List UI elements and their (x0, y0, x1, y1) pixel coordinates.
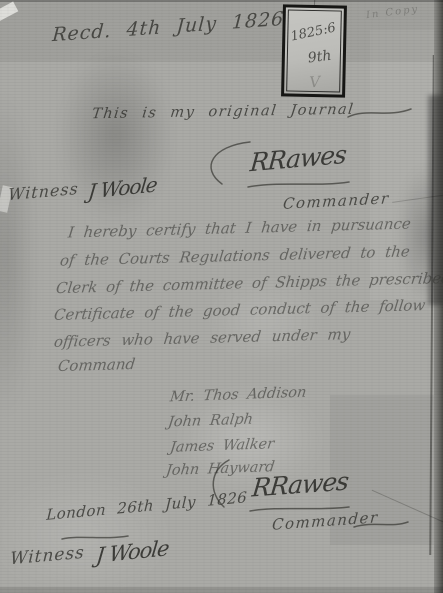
officer-name: Mr. Thos Addison (169, 385, 307, 406)
certification-line: of the Courts Regulations delivered to t… (59, 242, 411, 269)
witness-label-top: Witness (8, 179, 80, 204)
declaration-line: This is my original Journal (91, 102, 355, 123)
right-edge-crease (429, 55, 434, 555)
journal-title-page: Recd. 4th July 1826 1825:6 9th V In Copy… (0, 0, 443, 593)
paper-stain (0, 90, 35, 420)
certification-line: Command (57, 355, 136, 375)
archive-stamp-inner: 1825:6 9th V (286, 9, 342, 92)
stamp-number: 9th (307, 48, 332, 67)
officer-name: John Ralph (167, 411, 254, 430)
stamp-mark: V (309, 73, 321, 92)
archive-stamp: 1825:6 9th V (281, 4, 347, 97)
certification-line: officers who have served under my (53, 325, 351, 351)
signature-underline (246, 179, 352, 189)
signature-paren-flourish (198, 138, 256, 190)
bottom-right-crease (372, 490, 443, 528)
commander-signature-top: RRawes (249, 140, 347, 178)
received-note: Recd. 4th July 1826 (52, 8, 285, 46)
witness-signature-top: J Woole (87, 172, 158, 204)
commander-title-top: Commander (282, 189, 390, 213)
top-edge-line (0, 0, 443, 2)
certification-line: I hereby certify that I have in pursuanc… (67, 214, 412, 241)
right-edge-strip (434, 0, 443, 593)
top-left-notch (0, 1, 18, 21)
corner-note: In Copy (366, 4, 420, 21)
witness-label-bottom: Witness (10, 543, 86, 570)
declaration-tail-flourish (346, 103, 414, 123)
paper-stain (0, 470, 175, 593)
closing-place-date: London 26th July 1826 (46, 488, 248, 524)
certification-line: Certificate of the good conduct of the f… (53, 296, 426, 324)
officer-name: James Walker (169, 436, 275, 456)
certification-line: Clerk of the committee of Shipps the pre… (55, 269, 443, 297)
stamp-year: 1825:6 (289, 20, 337, 44)
bottom-edge-strip (0, 587, 443, 593)
witness-signature-bottom: J Woole (95, 536, 170, 568)
commander-title-bottom: Commander (271, 508, 379, 534)
commander-signature-bottom: RRawes (251, 467, 350, 503)
mid-right-crease (392, 194, 443, 203)
